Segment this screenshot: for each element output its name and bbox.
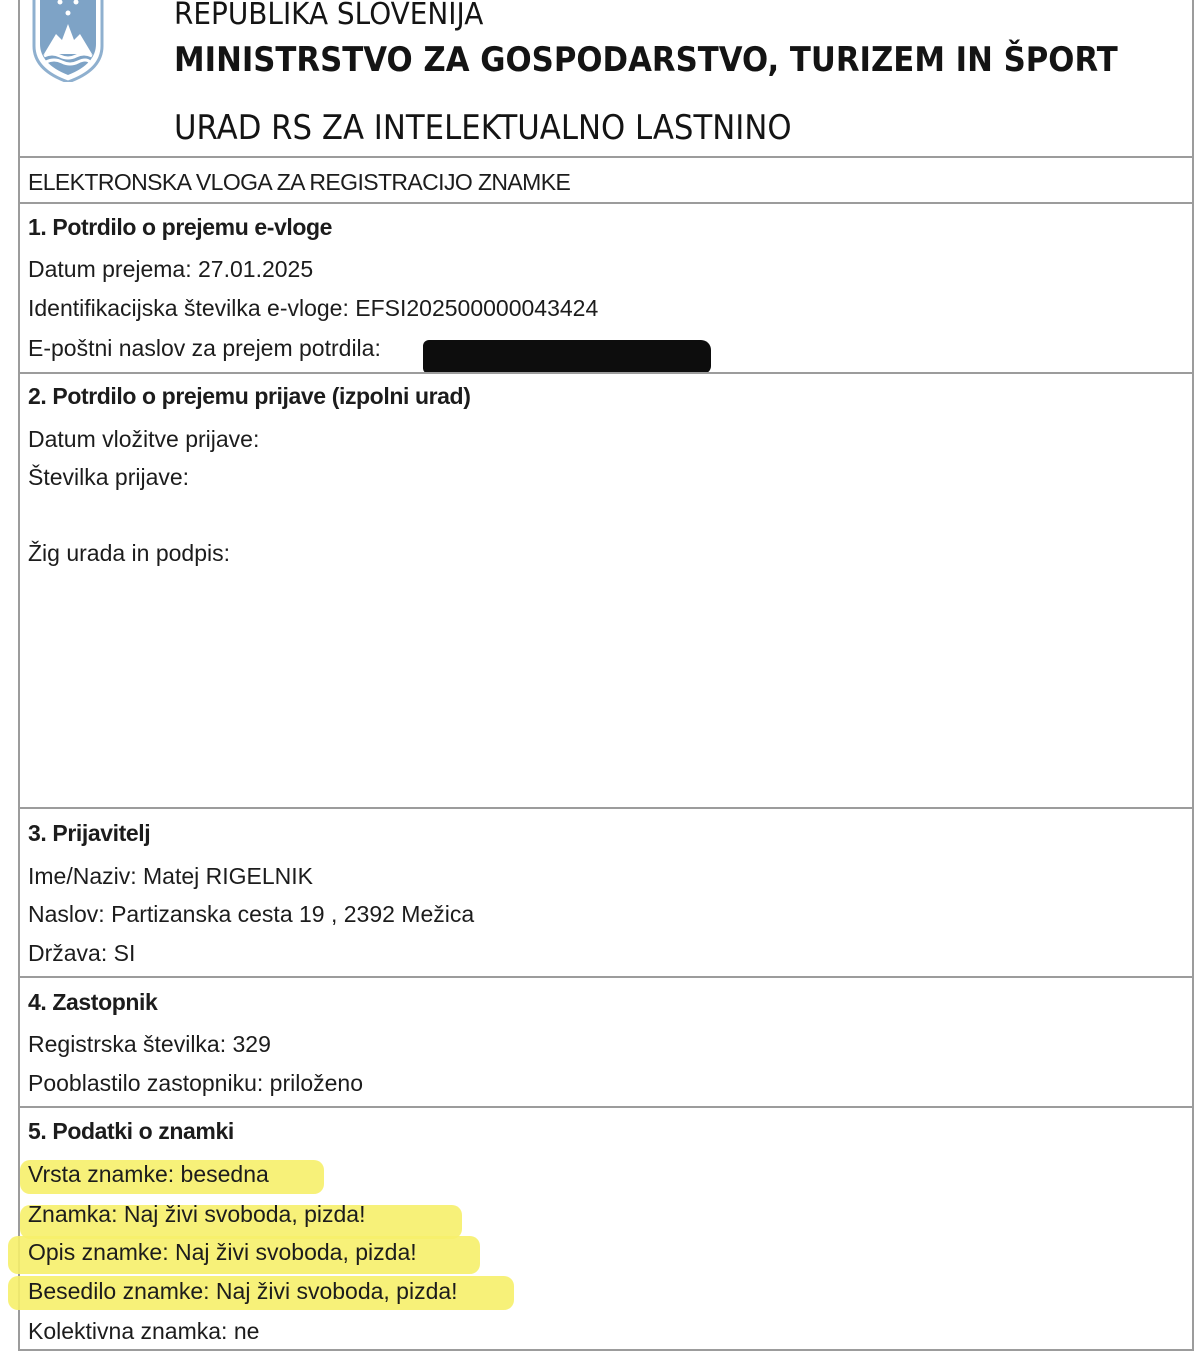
redaction-bar (423, 340, 711, 374)
divider (18, 976, 1194, 978)
slovenia-coat-of-arms-icon (30, 0, 106, 82)
applicant-name: Ime/Naziv: Matej RIGELNIK (28, 862, 313, 890)
divider (18, 202, 1194, 204)
section-1-title: 1. Potrdilo o prejemu e-vloge (28, 213, 332, 241)
divider (18, 1106, 1194, 1108)
section-3-title: 3. Prijavitelj (28, 819, 150, 847)
section-5-title: 5. Podatki o znamki (28, 1117, 234, 1145)
application-number: Številka prijave: (28, 463, 189, 491)
divider (18, 372, 1194, 374)
header-ministry: MINISTRSTVO ZA GOSPODARSTVO, TURIZEM IN … (174, 40, 1118, 80)
form-title: ELEKTRONSKA VLOGA ZA REGISTRACIJO ZNAMKE (28, 168, 570, 196)
date-received: Datum prejema: 27.01.2025 (28, 255, 313, 283)
email-label: E-poštni naslov za prejem potrdila: (28, 334, 381, 362)
application-id: Identifikacijska številka e-vloge: EFSI2… (28, 294, 598, 322)
header-country: REPUBLIKA SLOVENIJA (174, 0, 483, 32)
stamp-signature: Žig urada in podpis: (28, 539, 230, 567)
collective-mark: Kolektivna znamka: ne (28, 1317, 259, 1345)
mark-name: Znamka: Naj živi svoboda, pizda! (28, 1200, 366, 1228)
header-office: URAD RS ZA INTELEKTUALNO LASTNINO (174, 108, 792, 148)
section-2-title: 2. Potrdilo o prejemu prijave (izpolni u… (28, 382, 470, 410)
divider (18, 156, 1194, 158)
mark-description: Opis znamke: Naj živi svoboda, pizda! (28, 1238, 417, 1266)
filing-date: Datum vložitve prijave: (28, 425, 259, 453)
divider (18, 807, 1194, 809)
representative-reg-number: Registrska številka: 329 (28, 1030, 271, 1058)
section-4-title: 4. Zastopnik (28, 988, 157, 1016)
applicant-country: Država: SI (28, 939, 135, 967)
mark-text: Besedilo znamke: Naj živi svoboda, pizda… (28, 1277, 458, 1305)
applicant-address: Naslov: Partizanska cesta 19 , 2392 Meži… (28, 900, 474, 928)
representative-authorization: Pooblastilo zastopniku: priloženo (28, 1069, 363, 1097)
mark-type: Vrsta znamke: besedna (28, 1160, 269, 1188)
